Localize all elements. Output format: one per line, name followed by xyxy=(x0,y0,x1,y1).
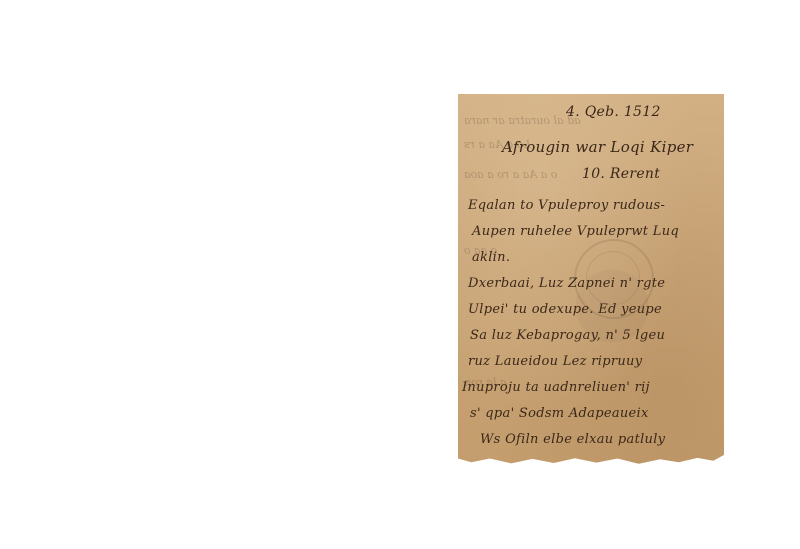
letter-signature-line: Ws Ofiln elbe elxau patluly xyxy=(480,432,665,447)
show-through-text: o a Aa a ro a aoa xyxy=(464,168,557,181)
letter-date: 4. Qeb. 1512 xyxy=(566,104,661,120)
letter-line: ruz Laueidou Lez ripruuy xyxy=(468,354,642,369)
letter-line: Sa luz Kebaprogay, n' 5 lgeu xyxy=(470,328,665,343)
letter-line: Dxerbaai, Luz Zapnei n' rgte xyxy=(468,276,665,291)
show-through-text: ad al ouratra ar nara xyxy=(464,114,581,127)
letter-page: ad al ouratra ar nara Lo o Aa a rs o a A… xyxy=(458,94,724,466)
letter-line: s' qpa' Sodsm Adapeaueix xyxy=(470,406,649,421)
letter-line: Ulpei' tu odexupe. Ed yeupe xyxy=(468,302,662,317)
letter-line: aklin. xyxy=(472,250,510,265)
letter-line: Eqalan to Vpuleproy rudous- xyxy=(468,198,665,213)
letter-salutation: Afrougin war Loqi Kiper xyxy=(502,138,693,156)
letter-line: Inuproju ta uadnreliuen' rij xyxy=(462,380,650,395)
letter-line: Aupen ruhelee Vpuleprwt Luq xyxy=(472,224,679,239)
letter-salutation-2: 10. Rerent xyxy=(582,166,660,182)
